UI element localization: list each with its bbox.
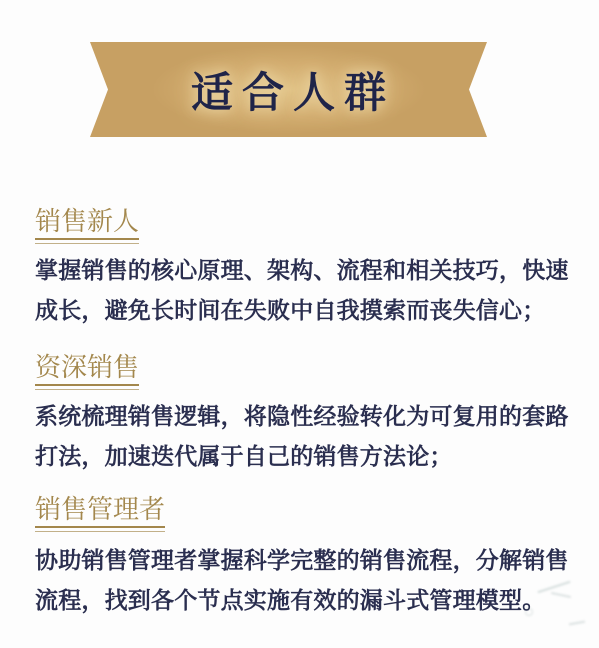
section-heading-label: 销售管理者 — [35, 494, 165, 528]
paragraph-line: 流程，找到各个节点实施有效的漏斗式管理模型。 — [35, 580, 569, 620]
section-heading-sales-newcomer: 销售新人 — [35, 206, 139, 240]
section-heading-label: 销售新人 — [35, 206, 139, 240]
section-paragraph-sales-manager: 协助销售管理者掌握科学完整的销售流程，分解销售 流程，找到各个节点实施有效的漏斗… — [35, 540, 569, 620]
poster-page: 适合人群 销售新人 掌握销售的核心原理、架构、流程和相关技巧，快速 成长，避免长… — [0, 0, 599, 648]
paragraph-line: 掌握销售的核心原理、架构、流程和相关技巧，快速 — [35, 250, 569, 290]
section-heading-senior-sales: 资深销售 — [35, 352, 139, 386]
section-heading-label: 资深销售 — [35, 352, 139, 386]
section-paragraph-sales-newcomer: 掌握销售的核心原理、架构、流程和相关技巧，快速 成长，避免长时间在失败中自我摸索… — [35, 250, 569, 330]
section-paragraph-senior-sales: 系统梳理销售逻辑，将隐性经验转化为可复用的套路 打法，加速迭代属于自己的销售方法… — [35, 396, 569, 476]
paragraph-line: 打法，加速迭代属于自己的销售方法论； — [35, 436, 569, 476]
paragraph-line: 系统梳理销售逻辑，将隐性经验转化为可复用的套路 — [35, 396, 569, 436]
paragraph-line: 协助销售管理者掌握科学完整的销售流程，分解销售 — [35, 540, 569, 580]
section-heading-sales-manager: 销售管理者 — [35, 494, 165, 528]
page-title: 适合人群 — [191, 60, 395, 120]
watermark-stroke — [569, 621, 585, 626]
paragraph-line: 成长，避免长时间在失败中自我摸索而丧失信心； — [35, 290, 569, 330]
title-ribbon: 适合人群 — [90, 42, 487, 137]
